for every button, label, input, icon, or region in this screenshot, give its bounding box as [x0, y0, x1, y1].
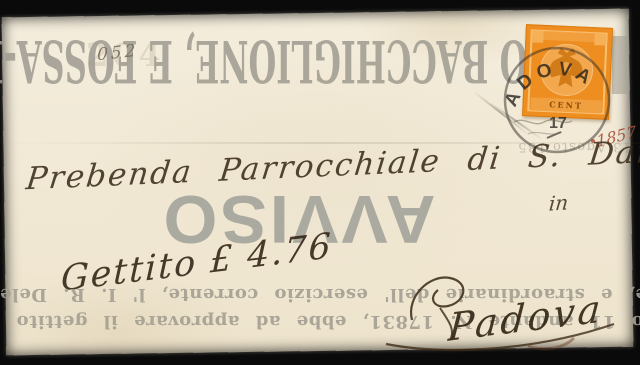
content-layer: 204 IO BACCHIGLIONE, E FOSSA-P 052 13 Ag… [0, 0, 640, 365]
masthead-text: IO BACCHIGLIONE, E FOSSA-P [0, 26, 542, 96]
signature-flourish [378, 268, 634, 358]
scanned-letter: 204 IO BACCHIGLIONE, E FOSSA-P 052 13 Ag… [0, 0, 640, 365]
address-suffix: in [548, 190, 569, 216]
pencil-squiggle [508, 112, 588, 147]
postmark-town: ADOVA [501, 58, 599, 109]
svg-text:ADOVA: ADOVA [501, 58, 599, 109]
